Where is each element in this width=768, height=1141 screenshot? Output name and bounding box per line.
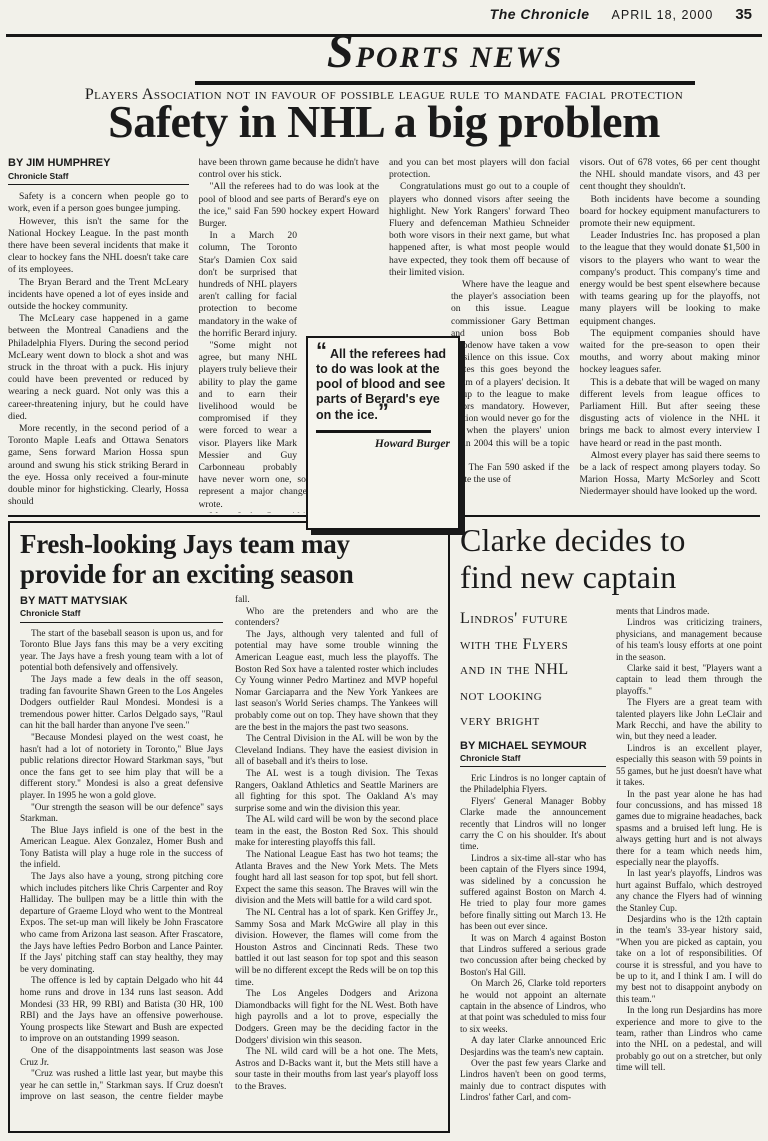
paragraph: More recently, in the second period of a… bbox=[8, 423, 189, 508]
paragraph: One of the disappointments last season w… bbox=[20, 1046, 223, 1069]
paragraph: Lindros is an excellent player, especial… bbox=[616, 743, 762, 789]
paragraph: The equipment companies should have wait… bbox=[580, 328, 761, 377]
clarke-columns: Lindros' future with the Flyers and in t… bbox=[460, 606, 762, 1126]
clarke-subhead: Lindros' future with the Flyers and in t… bbox=[460, 606, 606, 734]
paragraph: On March 26, Clarke told reporters he wo… bbox=[460, 978, 606, 1035]
paragraph: Lindros a six-time all-star who has been… bbox=[460, 853, 606, 933]
clarke-headline-line2: find new captain bbox=[460, 559, 762, 596]
paragraph: "Cruz was rushed a little last year, but… bbox=[20, 1069, 223, 1103]
clarke-column-2: ments that Lindros made.Lindros was crit… bbox=[616, 606, 762, 1126]
paragraph: Who are the pretenders and who are the c… bbox=[235, 607, 438, 630]
clarke-column-1: Lindros' future with the Flyers and in t… bbox=[460, 606, 606, 1126]
paragraph: The McLeary case happened in a game betw… bbox=[8, 313, 189, 423]
paragraph: In the past year alone he has had four c… bbox=[616, 789, 762, 869]
pull-quote-attribution: Howard Burger bbox=[316, 438, 450, 450]
main-headline: Safety in NHL a big problem bbox=[0, 97, 768, 147]
paragraph: The offence is led by captain Delgado wh… bbox=[20, 976, 223, 1046]
paragraph: The Blue Jays infield is one of the best… bbox=[20, 826, 223, 872]
clarke-col1-text: Eric Lindros is no longer captain of the… bbox=[460, 773, 606, 1104]
paragraph: Clarke said it best, "Players want a cap… bbox=[616, 663, 762, 697]
paragraph: The start of the baseball season is upon… bbox=[20, 629, 223, 675]
paragraph: Flyers' General Manager Bobby Clarke mad… bbox=[460, 796, 606, 853]
masthead: The Chronicle APRIL 18, 2000 35 bbox=[490, 6, 752, 23]
section-banner-rest: PORTS NEWS bbox=[356, 41, 564, 74]
jays-headline-line1: Fresh-looking Jays team may bbox=[20, 529, 438, 559]
jays-byline-credit: Chronicle Staff bbox=[20, 608, 223, 623]
clarke-subhead-line: very bright bbox=[460, 708, 606, 734]
jays-article: Fresh-looking Jays team may provide for … bbox=[8, 521, 450, 1133]
paragraph: The NL Central has a lot of spark. Ken G… bbox=[235, 908, 438, 989]
paragraph: This is a debate that will be waged on m… bbox=[580, 377, 761, 450]
main-column-4: visors. Out of 678 votes, 66 per cent th… bbox=[580, 157, 761, 513]
main-byline-credit: Chronicle Staff bbox=[8, 170, 189, 185]
jays-byline: BY MATT MATYSIAK bbox=[20, 595, 223, 608]
paragraph: The National League East has two hot tea… bbox=[235, 850, 438, 908]
paragraph: Lindros was criticizing trainers, physic… bbox=[616, 617, 762, 663]
paragraph: In the long run Desjardins has more expe… bbox=[616, 1005, 762, 1073]
clarke-byline-credit: Chronicle Staff bbox=[460, 753, 606, 767]
jays-col1-text: The start of the baseball season is upon… bbox=[20, 629, 223, 1103]
paragraph: The Jays made a few deals in the off sea… bbox=[20, 675, 223, 733]
clarke-article: Clarke decides to find new captain Lindr… bbox=[460, 522, 762, 1134]
paragraph: Both incidents have become a sounding bo… bbox=[580, 194, 761, 231]
jays-column-1: BY MATT MATYSIAK Chronicle Staff The sta… bbox=[20, 595, 223, 1103]
paragraph: "Because Mondesi played on the west coas… bbox=[20, 733, 223, 803]
section-banner: SPORTS NEWS bbox=[195, 37, 695, 85]
paragraph: Safety is a concern when people go to wo… bbox=[8, 191, 189, 215]
main-col1-text: Safety is a concern when people go to wo… bbox=[8, 191, 189, 508]
publication-name: The Chronicle bbox=[490, 6, 590, 22]
paragraph: Desjardins who is the 12th captain in th… bbox=[616, 914, 762, 1005]
paragraph: In last year's playoffs, Lindros was hur… bbox=[616, 868, 762, 914]
paragraph: The Central Division in the AL will be w… bbox=[235, 734, 438, 769]
main-column-1: BY JIM HUMPHREY Chronicle Staff Safety i… bbox=[8, 157, 189, 513]
paragraph: A day later Clarke announced Eric Desjar… bbox=[460, 1035, 606, 1058]
paragraph: "All the referees had to do was look at … bbox=[199, 181, 380, 230]
paragraph: The Bryan Berard and the Trent McLeary i… bbox=[8, 277, 189, 314]
paragraph: It was on March 4 against Boston that Li… bbox=[460, 933, 606, 979]
paragraph: and you can bet most players will don fa… bbox=[389, 157, 570, 181]
paragraph: The NL wild card will be a hot one. The … bbox=[235, 1047, 438, 1093]
pull-quote-text: “ All the referees had to do was look at… bbox=[316, 346, 450, 423]
paragraph: have been thrown game because he didn't … bbox=[199, 157, 380, 181]
clarke-subhead-line: with the Flyers bbox=[460, 632, 606, 658]
paragraph: Almost every player has said there seems… bbox=[580, 450, 761, 499]
paragraph: The Jays, although very talented and ful… bbox=[235, 630, 438, 734]
paragraph: Congratulations must go out to a couple … bbox=[389, 181, 570, 279]
main-byline: BY JIM HUMPHREY bbox=[8, 157, 189, 170]
jays-headline: Fresh-looking Jays team may provide for … bbox=[20, 529, 438, 589]
paragraph: The AL wild card will be won by the seco… bbox=[235, 815, 438, 850]
jays-column-2: fall.Who are the pretenders and who are … bbox=[235, 595, 438, 1103]
clarke-headline-line1: Clarke decides to bbox=[460, 522, 762, 559]
main-col3-text-top: and you can bet most players will don fa… bbox=[389, 157, 570, 279]
paragraph: ments that Lindros made. bbox=[616, 606, 762, 617]
jays-headline-line2: provide for an exciting season bbox=[20, 559, 438, 589]
close-quote-icon: ” bbox=[378, 399, 389, 424]
paragraph: The Jays also have a young, strong pitch… bbox=[20, 872, 223, 976]
paragraph: Leader Industries Inc. has proposed a pl… bbox=[580, 230, 761, 328]
paragraph: The Los Angeles Dodgers and Arizona Diam… bbox=[235, 989, 438, 1047]
paragraph: "Our strength the season will be our def… bbox=[20, 803, 223, 826]
paragraph: visors. Out of 678 votes, 66 per cent th… bbox=[580, 157, 761, 194]
clarke-subhead-line: Lindros' future bbox=[460, 606, 606, 632]
clarke-subhead-line: not looking bbox=[460, 683, 606, 709]
section-banner-initial: S bbox=[327, 25, 356, 78]
paragraph: The Flyers are a great team with talente… bbox=[616, 697, 762, 743]
main-article-columns: BY JIM HUMPHREY Chronicle Staff Safety i… bbox=[8, 157, 760, 513]
pull-quote-box: “ All the referees had to do was look at… bbox=[306, 336, 460, 530]
pull-quote-rule bbox=[316, 430, 431, 433]
jays-columns: BY MATT MATYSIAK Chronicle Staff The sta… bbox=[20, 595, 438, 1103]
clarke-byline: BY MICHAEL SEYMOUR bbox=[460, 740, 606, 753]
paragraph: Over the past few years Clarke and Lindr… bbox=[460, 1058, 606, 1104]
paragraph: However, this isn't the same for the Nat… bbox=[8, 216, 189, 277]
paragraph: fall. bbox=[235, 595, 438, 607]
clarke-headline: Clarke decides to find new captain bbox=[460, 522, 762, 596]
issue-date: APRIL 18, 2000 bbox=[612, 8, 714, 22]
paragraph: Eric Lindros is no longer captain of the… bbox=[460, 773, 606, 796]
page-number: 35 bbox=[735, 6, 752, 23]
paragraph: The AL west is a tough division. The Tex… bbox=[235, 769, 438, 815]
clarke-subhead-line: and in the NHL bbox=[460, 657, 606, 683]
main-col2-text-top: have been thrown game because he didn't … bbox=[199, 157, 380, 230]
newspaper-page: The Chronicle APRIL 18, 2000 35 SPORTS N… bbox=[0, 0, 768, 1141]
open-quote-icon: “ bbox=[316, 338, 327, 363]
